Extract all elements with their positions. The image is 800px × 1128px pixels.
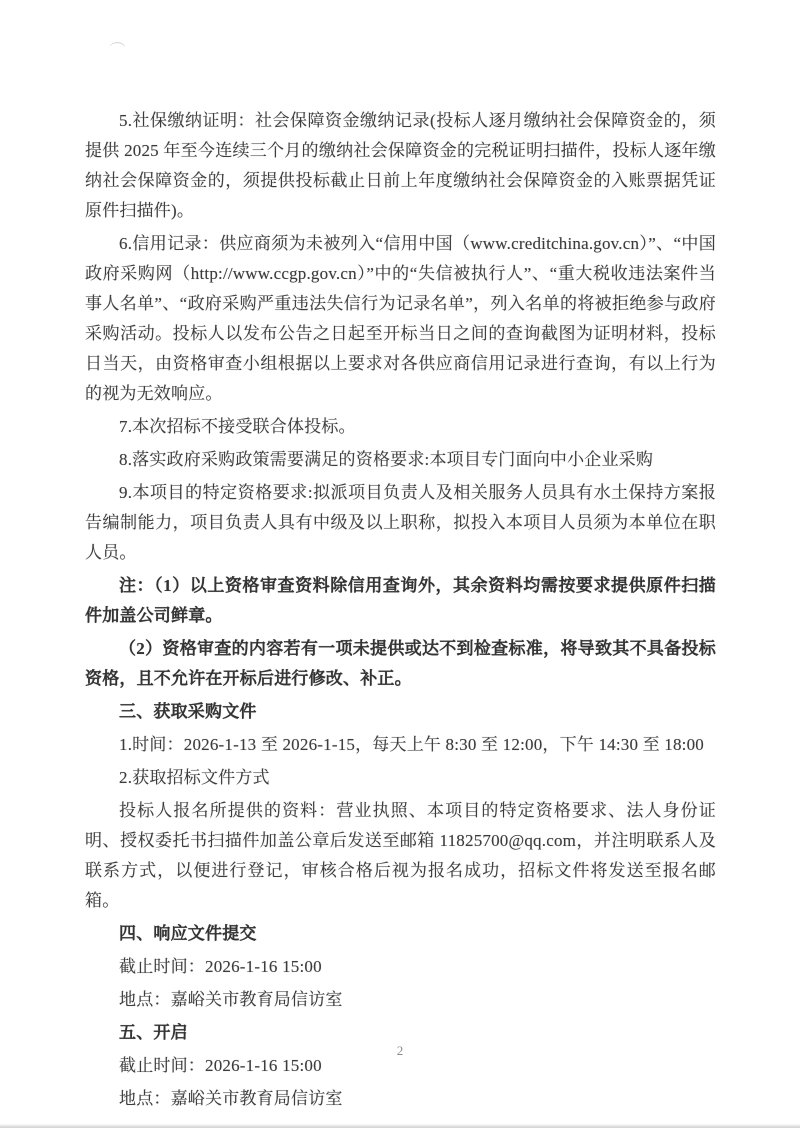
para-policy-qualification: 8.落实政府采购政策需要满足的资格要求:本项目专门面向中小企业采购: [85, 445, 716, 475]
para-social-security-proof: 5.社保缴纳证明：社会保障资金缴纳记录(投标人逐月缴纳社会保障资金的，须提供 2…: [85, 106, 716, 226]
para-submission-location: 地点：嘉峪关市教育局信访室: [85, 985, 716, 1015]
heading-section-3-obtain-documents: 三、获取采购文件: [85, 697, 716, 727]
para-registration-materials: 投标人报名所提供的资料：营业执照、本项目的特定资格要求、法人身份证明、授权委托书…: [85, 796, 716, 916]
para-specific-qualification: 9.本项目的特定资格要求:拟派项目负责人及相关服务人员具有水土保持方案报告编制能…: [85, 478, 716, 568]
document-page: 5.社保缴纳证明：社会保障资金缴纳记录(投标人逐月缴纳社会保障资金的，须提供 2…: [0, 0, 800, 1128]
para-obtain-method: 2.获取招标文件方式: [85, 763, 716, 793]
para-submission-deadline: 截止时间：2026-1-16 15:00: [85, 952, 716, 982]
scan-artifact-mark: [109, 41, 126, 51]
page-footer: 2: [0, 1042, 800, 1060]
scan-bottom-edge: [0, 1124, 800, 1128]
para-note-1: 注：（1）以上资格审查资料除信用查询外，其余资料均需按要求提供原件扫描件加盖公司…: [85, 571, 716, 631]
para-no-consortium-bids: 7.本次招标不接受联合体投标。: [85, 412, 716, 442]
para-note-2: （2）资格审查的内容若有一项未提供或达不到检查标准，将导致其不具备投标资格，且不…: [85, 634, 716, 694]
heading-section-4-response-submission: 四、响应文件提交: [85, 919, 716, 949]
para-obtain-time: 1.时间：2026-1-13 至 2026-1-15，每天上午 8:30 至 1…: [85, 730, 716, 760]
para-credit-record: 6.信用记录：供应商须为未被列入“信用中国（www.creditchina.go…: [85, 229, 716, 409]
para-opening-location: 地点：嘉峪关市教育局信访室: [85, 1084, 716, 1114]
page-number: 2: [397, 1043, 404, 1059]
document-content: 5.社保缴纳证明：社会保障资金缴纳记录(投标人逐月缴纳社会保障资金的，须提供 2…: [85, 106, 716, 1117]
